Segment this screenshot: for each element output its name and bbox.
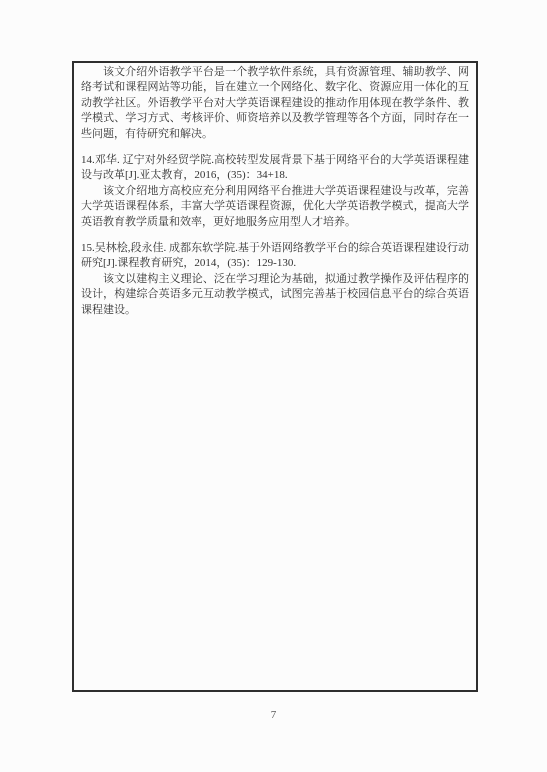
abstract-paragraph-13: 该文介绍外语教学平台是一个教学软件系统，具有资源管理、辅助教学、网络考试和课程网… <box>81 65 469 142</box>
reference-entry-14: 14.邓华. 辽宁对外经贸学院.高校转型发展背景下基于网络平台的大学英语课程建设… <box>81 153 469 184</box>
content-border-box: 该文介绍外语教学平台是一个教学软件系统，具有资源管理、辅助教学、网络考试和课程网… <box>72 61 478 692</box>
reference-entry-15: 15.吴林桧,段永佳. 成都东软学院.基于外语网络教学平台的综合英语课程建设行动… <box>81 241 469 272</box>
page-number: 7 <box>0 709 547 721</box>
document-page: 该文介绍外语教学平台是一个教学软件系统，具有资源管理、辅助教学、网络考试和课程网… <box>0 0 547 772</box>
abstract-paragraph-14: 该文介绍地方高校应充分利用网络平台推进大学英语课程建设与改革，完善大学英语课程体… <box>81 184 469 230</box>
abstract-paragraph-15: 该文以建构主义理论、泛在学习理论为基础，拟通过教学操作及评估程序的设计，构建综合… <box>81 272 469 318</box>
